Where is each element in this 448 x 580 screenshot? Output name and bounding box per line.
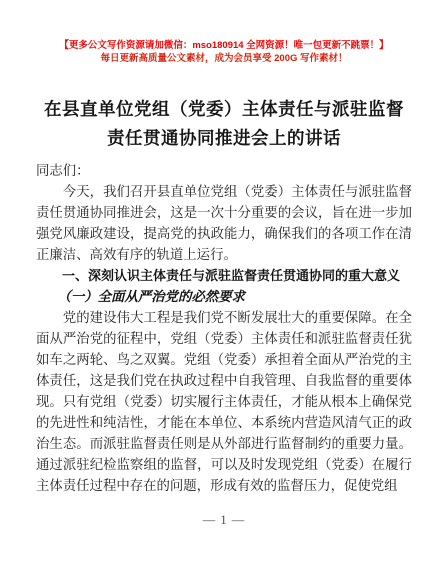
sub-heading: （一）全面从严治党的必然要求 [36, 286, 412, 307]
paragraph-body: 党的建设伟大工程是我们党不断发展壮大的重要保障。在全面从严治党的征程中，党组（党… [36, 307, 412, 496]
page-number: — 1 — [0, 513, 448, 528]
section-heading: 一、深刻认识主体责任与派驻监督责任贯通协同的重大意义 [36, 265, 412, 286]
document-title-line2: 责任贯通协同推进会上的讲话 [0, 124, 448, 153]
promo-banner-line2: 每日更新高质量公文素材，成为会员享受 200G 写作素材！ [0, 52, 448, 65]
document-title-line1: 在县直单位党组（党委）主体责任与派驻监督 [0, 95, 448, 124]
document-page: 【更多公文写作资源请加微信：mso180914 全网资源！唯一包更新不跳票！】 … [0, 0, 448, 580]
paragraph-intro: 今天，我们召开县直单位党组（党委）主体责任与派驻监督责任贯通协同推进会，这是一次… [36, 181, 412, 265]
document-title: 在县直单位党组（党委）主体责任与派驻监督 责任贯通协同推进会上的讲话 [0, 95, 448, 153]
promo-banner: 【更多公文写作资源请加微信：mso180914 全网资源！唯一包更新不跳票！】 … [0, 39, 448, 65]
document-body: 同志们： 今天，我们召开县直单位党组（党委）主体责任与派驻监督责任贯通协同推进会… [36, 160, 412, 496]
promo-banner-line1: 【更多公文写作资源请加微信：mso180914 全网资源！唯一包更新不跳票！】 [0, 39, 448, 52]
salutation: 同志们： [36, 160, 412, 181]
